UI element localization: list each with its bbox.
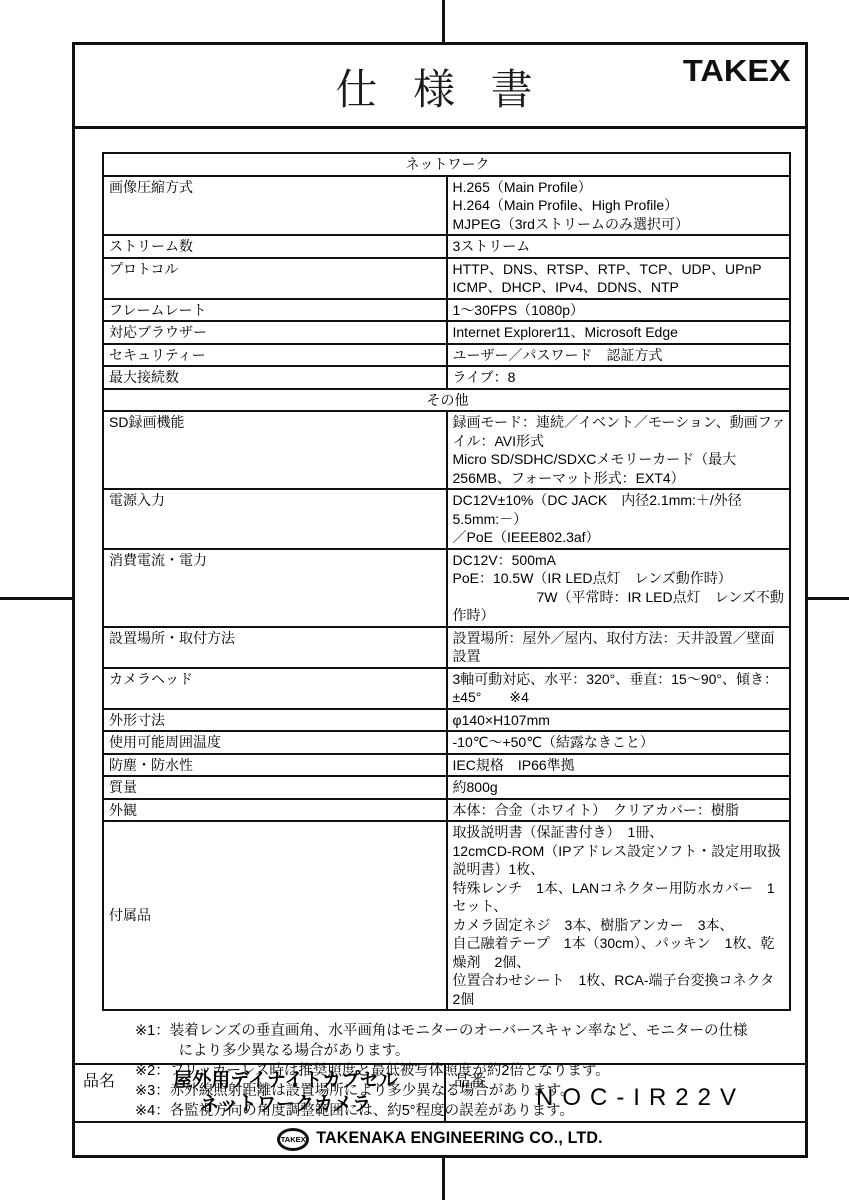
spec-row: 防塵・防水性IEC規格 IP66準拠 bbox=[103, 754, 790, 777]
spec-label: セキュリティー bbox=[103, 344, 447, 367]
product-row: 品名 屋外用デイナイトカプセル ネットワークカメラ 品番 NOC-IR22V bbox=[75, 1063, 805, 1121]
spec-value: φ140×H107mm bbox=[447, 709, 791, 732]
spec-value: -10℃～+50℃（結露なきこと） bbox=[447, 731, 791, 754]
spec-row: 使用可能周囲温度-10℃～+50℃（結露なきこと） bbox=[103, 731, 790, 754]
spec-row: プロトコルHTTP、DNS、RTSP、RTP、TCP、UDP、UPnP ICMP… bbox=[103, 258, 790, 299]
section-header-row: ネットワーク bbox=[103, 153, 790, 176]
spec-value: 1～30FPS（1080p） bbox=[447, 299, 791, 322]
spec-value: 3軸可動対応、水平：320°、垂直：15～90°、傾き：±45° ※4 bbox=[447, 668, 791, 709]
spec-value: 取扱説明書（保証書付き） 1冊、 12cmCD-ROM（IPアドレス設定ソフト・… bbox=[447, 821, 791, 1010]
spec-value: DC12V±10%（DC JACK 内径2.1mm:＋/外径5.5mm:－） ／… bbox=[447, 489, 791, 549]
spec-sheet-page: 仕 様 書 TAKEX ネットワーク画像圧縮方式H.265（Main Profi… bbox=[72, 42, 808, 1158]
spec-value: 約800g bbox=[447, 776, 791, 799]
section-title: その他 bbox=[103, 389, 790, 412]
spec-value: 3ストリーム bbox=[447, 235, 791, 258]
crop-mark-top bbox=[442, 0, 445, 44]
company-name: TAKENAKA ENGINEERING CO., LTD. bbox=[316, 1130, 603, 1149]
spec-label: 外形寸法 bbox=[103, 709, 447, 732]
company-row: TAKEX TAKENAKA ENGINEERING CO., LTD. bbox=[75, 1121, 805, 1155]
spec-table-body: ネットワーク画像圧縮方式H.265（Main Profile） H.264（Ma… bbox=[103, 153, 790, 1010]
spec-value: 本体：合金（ホワイト） クリアカバー：樹脂 bbox=[447, 799, 791, 822]
spec-label: カメラヘッド bbox=[103, 668, 447, 709]
spec-row: 電源入力DC12V±10%（DC JACK 内径2.1mm:＋/外径5.5mm:… bbox=[103, 489, 790, 549]
spec-label: 防塵・防水性 bbox=[103, 754, 447, 777]
spec-value: HTTP、DNS、RTSP、RTP、TCP、UDP、UPnP ICMP、DHCP… bbox=[447, 258, 791, 299]
spec-value: ライブ：8 bbox=[447, 366, 791, 389]
footer: 品名 屋外用デイナイトカプセル ネットワークカメラ 品番 NOC-IR22V T… bbox=[75, 1063, 805, 1155]
crop-mark-right bbox=[806, 597, 849, 600]
spec-row: 外観本体：合金（ホワイト） クリアカバー：樹脂 bbox=[103, 799, 790, 822]
spec-row: 質量約800g bbox=[103, 776, 790, 799]
model-number: NOC-IR22V bbox=[446, 1065, 805, 1121]
spec-label: 最大接続数 bbox=[103, 366, 447, 389]
takex-badge-icon: TAKEX bbox=[277, 1128, 309, 1151]
section-title: ネットワーク bbox=[103, 153, 790, 176]
spec-label: 対応ブラウザー bbox=[103, 321, 447, 344]
spec-row: フレームレート1～30FPS（1080p） bbox=[103, 299, 790, 322]
spec-row: 対応ブラウザーInternet Explorer11、Microsoft Edg… bbox=[103, 321, 790, 344]
product-name: 屋外用デイナイトカプセル ネットワークカメラ bbox=[75, 1065, 444, 1121]
spec-row: 設置場所・取付方法設置場所：屋外／屋内、取付方法：天井設置／壁面設置 bbox=[103, 627, 790, 668]
product-name-cell: 品名 屋外用デイナイトカプセル ネットワークカメラ bbox=[75, 1065, 446, 1121]
spec-row: カメラヘッド3軸可動対応、水平：320°、垂直：15～90°、傾き：±45° ※… bbox=[103, 668, 790, 709]
spec-label: 消費電流・電力 bbox=[103, 549, 447, 627]
spec-value: 設置場所：屋外／屋内、取付方法：天井設置／壁面設置 bbox=[447, 627, 791, 668]
model-number-cell: 品番 NOC-IR22V bbox=[446, 1065, 805, 1121]
spec-label: SD録画機能 bbox=[103, 411, 447, 489]
spec-label: 使用可能周囲温度 bbox=[103, 731, 447, 754]
spec-row: 外形寸法φ140×H107mm bbox=[103, 709, 790, 732]
spec-row: 画像圧縮方式H.265（Main Profile） H.264（Main Pro… bbox=[103, 176, 790, 236]
takex-logo: TAKEX bbox=[683, 53, 791, 89]
spec-label: 設置場所・取付方法 bbox=[103, 627, 447, 668]
spec-row: セキュリティーユーザー／パスワード 認証方式 bbox=[103, 344, 790, 367]
spec-row: ストリーム数3ストリーム bbox=[103, 235, 790, 258]
spec-row: 付属品取扱説明書（保証書付き） 1冊、 12cmCD-ROM（IPアドレス設定ソ… bbox=[103, 821, 790, 1010]
footnote: ※1：装着レンズの垂直画角、水平画角はモニターのオーバースキャン率など、モニター… bbox=[135, 1021, 805, 1061]
spec-value: DC12V：500mA PoE：10.5W（IR LED点灯 レンズ動作時） 7… bbox=[447, 549, 791, 627]
crop-mark-bottom bbox=[442, 1156, 445, 1200]
spec-label: ストリーム数 bbox=[103, 235, 447, 258]
spec-row: SD録画機能録画モード：連続／イベント／モーション、動画ファイル：AVI形式 M… bbox=[103, 411, 790, 489]
spec-label: 画像圧縮方式 bbox=[103, 176, 447, 236]
spec-value: ユーザー／パスワード 認証方式 bbox=[447, 344, 791, 367]
spec-table-wrap: ネットワーク画像圧縮方式H.265（Main Profile） H.264（Ma… bbox=[75, 129, 805, 1121]
spec-label: 付属品 bbox=[103, 821, 447, 1010]
spec-label: フレームレート bbox=[103, 299, 447, 322]
spec-value: 録画モード：連続／イベント／モーション、動画ファイル：AVI形式 Micro S… bbox=[447, 411, 791, 489]
spec-value: H.265（Main Profile） H.264（Main Profile、H… bbox=[447, 176, 791, 236]
spec-label: 電源入力 bbox=[103, 489, 447, 549]
takex-badge-text: TAKEX bbox=[281, 1135, 306, 1144]
spec-table: ネットワーク画像圧縮方式H.265（Main Profile） H.264（Ma… bbox=[102, 152, 791, 1011]
crop-mark-left bbox=[0, 597, 74, 600]
spec-row: 最大接続数ライブ：8 bbox=[103, 366, 790, 389]
spec-label: 外観 bbox=[103, 799, 447, 822]
product-name-label: 品名 bbox=[83, 1068, 115, 1091]
title-bar: 仕 様 書 TAKEX bbox=[75, 45, 805, 129]
spec-row: 消費電流・電力DC12V：500mA PoE：10.5W（IR LED点灯 レン… bbox=[103, 549, 790, 627]
spec-label: 質量 bbox=[103, 776, 447, 799]
spec-label: プロトコル bbox=[103, 258, 447, 299]
spec-value: Internet Explorer11、Microsoft Edge bbox=[447, 321, 791, 344]
section-header-row: その他 bbox=[103, 389, 790, 412]
model-number-label: 品番 bbox=[454, 1068, 486, 1091]
spec-value: IEC規格 IP66準拠 bbox=[447, 754, 791, 777]
